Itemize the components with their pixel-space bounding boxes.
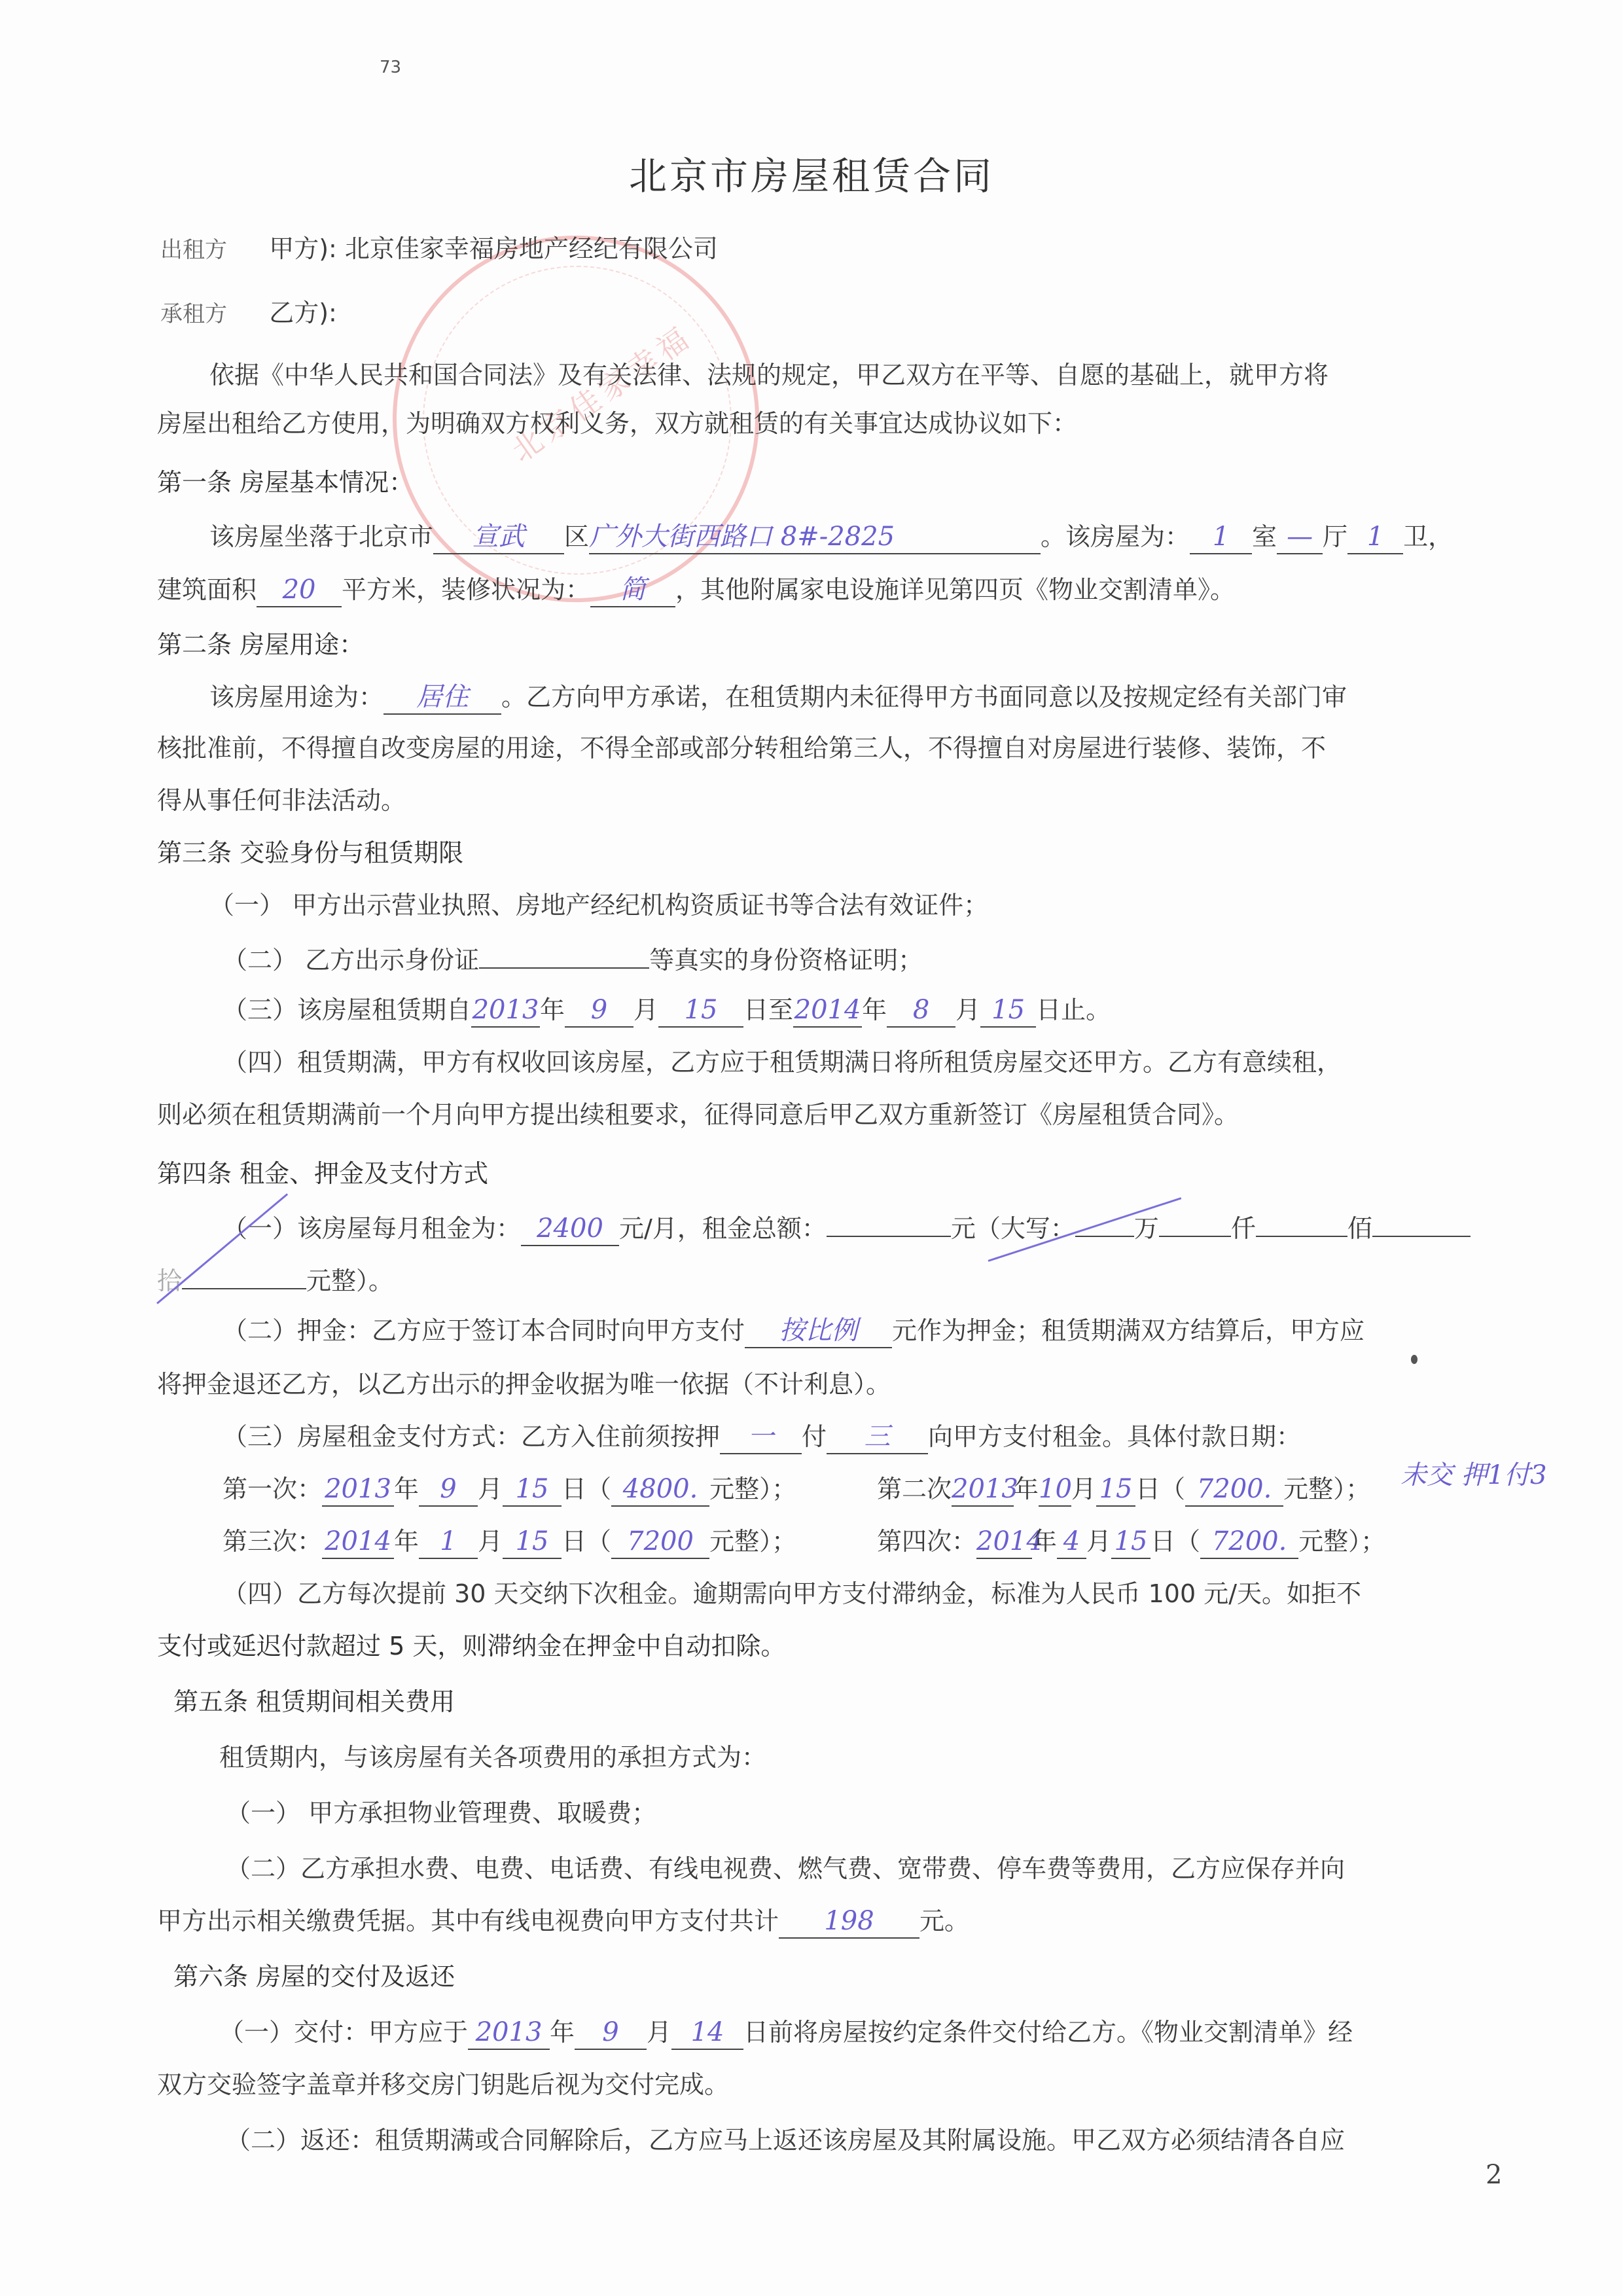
ink-spot — [1411, 1355, 1418, 1364]
deposit-field: 按比例 — [745, 1314, 892, 1348]
text: 年 — [1032, 1527, 1057, 1556]
text: （二）押金：乙方应于签订本合同时向甲方支付 — [223, 1316, 745, 1345]
payment-row-4: 第四次：2014年4月15日（7200.元整）； — [877, 1525, 1385, 1559]
total-rent-field — [827, 1210, 951, 1237]
article-5-intro: 租赁期内，与该房屋有关各项费用的承担方式为： — [219, 1741, 766, 1774]
payment-year-value: 2013 — [325, 1474, 391, 1504]
rooms-value: 1 — [1213, 522, 1229, 552]
text: 元整）； — [709, 1475, 796, 1503]
text: 月 — [478, 1475, 503, 1503]
payment-day-value: 15 — [516, 1526, 549, 1556]
bai-field — [1256, 1210, 1347, 1237]
text: 元整）。 — [306, 1266, 393, 1295]
baths-value: 1 — [1367, 522, 1383, 552]
payment-month-field: 10 — [1039, 1473, 1071, 1507]
article-5-item-1: （一） 甲方承担物业管理费、取暖费； — [226, 1797, 656, 1829]
start-month-value: 9 — [591, 995, 607, 1025]
handwritten-margin-note: 未交 押1付3 — [1400, 1454, 1547, 1492]
article-3-item-4-line-2: 则必须在租赁期满前一个月向甲方提出续租要求，征得同意后甲乙双方重新签订《房屋租赁… — [157, 1098, 1239, 1131]
article-4-item-2-line-2: 将押金退还乙方，以乙方出示的押金收据为唯一依据（不计利息）。 — [157, 1368, 891, 1401]
text: 月 — [633, 996, 658, 1024]
article-6-item-1-line-1: （一）交付：甲方应于2013年9月14日前将房屋按约定条件交付给乙方。《物业交割… — [219, 2016, 1353, 2050]
deposit-months-field: 一 — [720, 1420, 802, 1454]
text: 日（ — [1135, 1475, 1185, 1503]
end-month-field: 8 — [887, 994, 955, 1028]
text: 平方米，装修状况为： — [342, 575, 590, 604]
address-value: 广外大街西路口 8#-2825 — [589, 522, 895, 552]
text: 年 — [540, 996, 565, 1024]
monthly-rent-field: 2400 — [521, 1212, 619, 1246]
deposit-value: 按比例 — [779, 1316, 858, 1346]
payment-day-value: 15 — [516, 1474, 549, 1504]
handover-day-value: 14 — [691, 2017, 724, 2047]
text: 月 — [1086, 1527, 1111, 1556]
pay-months-value: 三 — [865, 1422, 891, 1452]
start-month-field: 9 — [565, 994, 633, 1028]
article-4-item-3: （三）房屋租金支付方式：乙方入住前须按押一付三向甲方支付租金。具体付款日期： — [223, 1420, 1301, 1454]
text: 年 — [1014, 1475, 1039, 1503]
cable-fee-value: 198 — [824, 1906, 874, 1936]
payment-month-value: 9 — [440, 1474, 456, 1504]
payment-amount-field: 7200. — [1200, 1525, 1298, 1559]
payment-year-field: 2014 — [322, 1525, 394, 1559]
article-1-heading: 第一条 房屋基本情况： — [157, 466, 414, 499]
article-6-item-2: （二）返还：租赁期满或合同解除后，乙方应马上返还该房屋及其附属设施。甲乙双方必须… — [226, 2124, 1345, 2157]
text: 。乙方向甲方承诺，在租赁期内未征得甲方书面同意以及按规定经有关部门审 — [501, 683, 1347, 711]
article-5-heading: 第五条 租赁期间相关费用 — [173, 1685, 455, 1718]
preamble-line-2: 房屋出租给乙方使用，为明确双方权利义务，双方就租赁的有关事宜达成协议如下： — [157, 407, 1077, 440]
text: 年 — [862, 996, 887, 1024]
payment-label: 第一次： — [223, 1475, 322, 1503]
payment-year-value: 2013 — [952, 1474, 1018, 1504]
contract-page: 73 北京佳家幸福 北京市房屋租赁合同 出租方 甲方): 北京佳家幸福房地产经纪… — [0, 0, 1623, 2296]
payment-year-value: 2014 — [325, 1526, 391, 1556]
usage-value: 居住 — [416, 682, 469, 712]
text: 该房屋坐落于北京市 — [209, 522, 433, 551]
qian-field — [1159, 1210, 1231, 1237]
text: 佰 — [1347, 1214, 1372, 1243]
cable-fee-field: 198 — [779, 1905, 919, 1939]
end-year-value: 2014 — [794, 995, 861, 1025]
article-3-item-4-line-1: （四）租赁期满，甲方有权收回该房屋，乙方应于租赁期满日将所租赁房屋交还甲方。乙方… — [223, 1046, 1342, 1079]
text: 日（ — [1150, 1527, 1200, 1556]
text: 元整）； — [1298, 1527, 1385, 1556]
payment-amount-value: 7200 — [627, 1526, 694, 1556]
text: 卫， — [1403, 522, 1453, 551]
article-4-item-4-line-2: 支付或延迟付款超过 5 天，则滞纳金在押金中自动扣除。 — [157, 1630, 785, 1662]
end-year-field: 2014 — [793, 994, 862, 1028]
text: 年 — [394, 1527, 419, 1556]
payment-day-field: 15 — [1111, 1525, 1150, 1559]
text: 日至 — [743, 996, 793, 1024]
lessor-line: 出租方 甲方): 北京佳家幸福房地产经纪有限公司 — [160, 232, 718, 266]
payment-year-field: 2014 — [976, 1525, 1032, 1559]
text: 月 — [647, 2018, 671, 2047]
payment-month-field: 9 — [419, 1473, 478, 1507]
text: ，其他附属家电设施详见第四页《物业交割清单》。 — [675, 575, 1235, 604]
monthly-rent-value: 2400 — [537, 1213, 603, 1244]
start-year-field: 2013 — [471, 994, 540, 1028]
usage-field: 居住 — [383, 681, 501, 715]
article-3-item-3: （三）该房屋租赁期自2013年9月15日至2014年8月15日止。 — [223, 994, 1111, 1028]
address-field: 广外大街西路口 8#-2825 — [589, 520, 1041, 554]
text: （三）房屋租金支付方式：乙方入住前须按押 — [223, 1422, 720, 1451]
pay-months-field: 三 — [827, 1420, 928, 1454]
article-2-line-3: 得从事任何非法活动。 — [157, 784, 406, 817]
text: 日止。 — [1036, 996, 1111, 1024]
article-6-heading: 第六条 房屋的交付及返还 — [173, 1960, 455, 1993]
text: 室 — [1252, 522, 1277, 551]
article-5-item-2-line-2: 甲方出示相关缴费凭据。其中有线电视费向甲方支付共计198元。 — [157, 1905, 969, 1939]
text: 元。 — [919, 1907, 969, 1935]
lessor-name: 北京佳家幸福房地产经纪有限公司 — [345, 234, 718, 263]
text: （三）该房屋租赁期自 — [223, 996, 471, 1024]
deposit-months-value: 一 — [748, 1422, 774, 1452]
article-3-heading: 第三条 交验身份与租赁期限 — [157, 836, 463, 869]
article-3-item-2: （二） 乙方出示身份证等真实的身份资格证明； — [223, 941, 923, 977]
handover-year-value: 2013 — [476, 2017, 543, 2047]
text: 区 — [564, 522, 589, 551]
payment-amount-value: 4800. — [623, 1474, 698, 1504]
payment-day-field: 15 — [503, 1473, 562, 1507]
text: 元整）； — [709, 1527, 796, 1556]
page-number: 2 — [1486, 2160, 1502, 2190]
shi-field — [1372, 1210, 1471, 1237]
article-4-item-1-line-2: 拾元整）。 — [157, 1262, 393, 1297]
handover-month-value: 9 — [602, 2017, 618, 2047]
article-4-item-4-line-1: （四）乙方每次提前 30 天交纳下次租金。逾期需向甲方支付滞纳金，标准为人民币 … — [223, 1577, 1361, 1610]
lessee-label: 乙方): — [269, 298, 337, 327]
start-day-field: 15 — [658, 994, 743, 1028]
end-month-value: 8 — [913, 995, 929, 1025]
halls-field: — — [1277, 520, 1323, 554]
text: 元整）； — [1283, 1475, 1370, 1503]
article-2-heading: 第二条 房屋用途： — [157, 628, 364, 661]
text: （一）该房屋每月租金为： — [223, 1214, 521, 1243]
text: 。该房屋为： — [1041, 522, 1190, 551]
scan-mark: 73 — [380, 58, 401, 77]
start-year-value: 2013 — [473, 995, 539, 1025]
lessor-label: 甲方): — [269, 234, 337, 263]
text: 万 — [1134, 1214, 1159, 1243]
text: 年 — [550, 2018, 575, 2047]
district-value: 宣武 — [473, 522, 525, 552]
text: 日（ — [562, 1475, 611, 1503]
text: 建筑面积 — [157, 575, 257, 604]
payment-day-value: 15 — [1099, 1474, 1133, 1504]
text: 月 — [478, 1527, 503, 1556]
payment-month-field: 1 — [419, 1525, 478, 1559]
text: 日前将房屋按约定条件交付给乙方。《物业交割清单》经 — [743, 2018, 1353, 2047]
lessor-prefix: 出租方 — [160, 237, 227, 263]
payment-amount-field: 7200. — [1185, 1473, 1283, 1507]
end-day-field: 15 — [980, 994, 1036, 1028]
article-1-line-2: 建筑面积20平方米，装修状况为：简，其他附属家电设施详见第四页《物业交割清单》。 — [157, 573, 1235, 607]
article-2-line-2: 核批准前，不得擅自改变房屋的用途，不得全部或部分转租给第三人，不得擅自对房屋进行… — [157, 732, 1326, 764]
article-3-item-1: （一） 甲方出示营业执照、房地产经纪机构资质证书等合法有效证件； — [209, 889, 988, 922]
payment-month-field: 4 — [1057, 1525, 1086, 1559]
baths-field: 1 — [1347, 520, 1403, 554]
payment-day-value: 15 — [1115, 1526, 1148, 1556]
payment-day-field: 15 — [503, 1525, 562, 1559]
decoration-field: 简 — [590, 573, 675, 607]
article-1-line-1: 该房屋坐落于北京市宣武区广外大街西路口 8#-2825。该房屋为：1室—厅1卫， — [209, 520, 1453, 554]
handover-day-field: 14 — [671, 2016, 743, 2050]
payment-label: 第三次： — [223, 1527, 322, 1556]
payment-year-field: 2013 — [952, 1473, 1014, 1507]
id-document-field — [479, 941, 649, 969]
text: 该房屋用途为： — [209, 683, 383, 711]
payment-amount-value: 7200. — [1197, 1474, 1272, 1504]
lessee-line: 承租方 乙方): — [160, 296, 337, 331]
article-2-line-1: 该房屋用途为：居住。乙方向甲方承诺，在租赁期内未征得甲方书面同意以及按规定经有关… — [209, 681, 1347, 715]
payment-amount-value: 7200. — [1212, 1526, 1287, 1556]
text: （一）交付：甲方应于 — [219, 2018, 468, 2047]
text: 月 — [1071, 1475, 1096, 1503]
article-4-item-2-line-1: （二）押金：乙方应于签订本合同时向甲方支付按比例元作为押金；租赁期满双方结算后，… — [223, 1314, 1364, 1348]
text: 付 — [802, 1422, 827, 1451]
text: 向甲方支付租金。具体付款日期： — [928, 1422, 1301, 1451]
text: 元作为押金；租赁期满双方结算后，甲方应 — [892, 1316, 1364, 1345]
text: 元/月，租金总额： — [619, 1214, 827, 1243]
text: 日（ — [562, 1527, 611, 1556]
payment-row-2: 第二次2013年10月15日（7200.元整）； — [877, 1473, 1370, 1507]
payment-year-field: 2013 — [322, 1473, 394, 1507]
handover-month-field: 9 — [575, 2016, 647, 2050]
payment-row-1: 第一次：2013年9月15日（4800.元整）； — [223, 1473, 796, 1507]
payment-row-3: 第三次：2014年1月15日（7200元整）； — [223, 1525, 796, 1559]
text: 仟 — [1231, 1214, 1256, 1243]
start-day-value: 15 — [685, 995, 718, 1025]
payment-label: 第四次： — [877, 1527, 976, 1556]
payment-amount-field: 7200 — [611, 1525, 709, 1559]
payment-amount-field: 4800. — [611, 1473, 709, 1507]
halls-value: — — [1287, 522, 1313, 552]
payment-day-field: 15 — [1096, 1473, 1135, 1507]
text: 厅 — [1323, 522, 1347, 551]
article-5-item-2-line-1: （二）乙方承担水费、电费、电话费、有线电视费、燃气费、宽带费、停车费等费用，乙方… — [226, 1852, 1345, 1885]
payment-month-value: 10 — [1039, 1474, 1072, 1504]
text: （二） 乙方出示身份证 — [223, 946, 479, 975]
text: 等真实的身份资格证明； — [649, 946, 923, 975]
text: 月 — [955, 996, 980, 1024]
article-4-heading: 第四条 租金、押金及支付方式 — [157, 1157, 488, 1190]
decoration-value: 简 — [620, 575, 646, 605]
document-title: 北京市房屋租赁合同 — [0, 145, 1623, 200]
lessee-prefix: 承租方 — [160, 301, 227, 327]
preamble-line-1: 依据《中华人民共和国合同法》及有关法律、法规的规定，甲乙双方在平等、自愿的基础上… — [209, 359, 1329, 391]
handover-year-field: 2013 — [468, 2016, 550, 2050]
payment-month-value: 4 — [1063, 1526, 1080, 1556]
text: 年 — [394, 1475, 419, 1503]
article-6-item-1-line-2: 双方交验签字盖章并移交房门钥匙后视为交付完成。 — [157, 2068, 729, 2101]
area-value: 20 — [283, 575, 316, 605]
district-field: 宣武 — [433, 520, 564, 554]
end-day-value: 15 — [991, 995, 1025, 1025]
payment-label: 第二次 — [877, 1475, 952, 1503]
article-4-item-1-line-1: （一）该房屋每月租金为：2400元/月，租金总额：元（大写：万仟佰 — [223, 1210, 1471, 1246]
area-field: 20 — [257, 573, 342, 607]
payment-month-value: 1 — [440, 1526, 456, 1556]
rooms-field: 1 — [1190, 520, 1252, 554]
text: 甲方出示相关缴费凭据。其中有线电视费向甲方支付共计 — [157, 1907, 779, 1935]
